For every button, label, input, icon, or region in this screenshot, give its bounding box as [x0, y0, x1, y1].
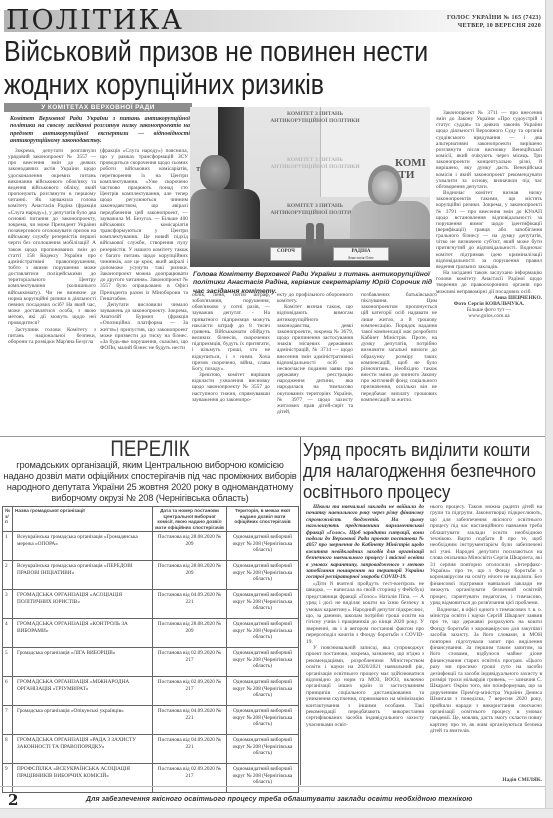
col-header-decision: Дата та номер постанови Центральної вибо… [153, 507, 227, 532]
article-column-4: екту до профільного оборонного комітету.… [277, 292, 353, 436]
article-lead: Комітет Верховної Ради України з питань … [10, 116, 190, 146]
table-row: 2 Всеукраїнська громадська організація «… [3, 561, 299, 590]
page-edge-bottom [0, 808, 553, 818]
section-divider [0, 436, 545, 437]
article2-author-wrap: Надія СМІЛЯК. [430, 777, 542, 785]
table-header-row: № з/п Назва громадської організації Дата… [3, 507, 299, 532]
masthead: ГОЛОС УКРАЇНИ № 165 (7423) ЧЕТВЕР, 10 ВЕ… [447, 14, 541, 30]
article2-headline: Уряд просять виділити кошти для налагодж… [303, 439, 528, 502]
footer-tagline: Для забезпечення якісного освітнього про… [86, 796, 472, 803]
col-header-number: № з/п [3, 507, 13, 532]
article-headline: Військовий призов не повинен нести жодни… [4, 36, 468, 102]
table-row: 9 ПРОФСПІЛКА «ВСЕУКРАЇНСЬКА АСОЦІАЦІЯ ПР… [3, 764, 299, 793]
nameplate-right: РАДІНА Анастасія Олег. [333, 247, 389, 261]
col-header-territory: Територія, в межах якої надано дозвіл ма… [227, 507, 299, 532]
table-row: 5 Громадська організація «ЛІГА ВИБОРЦІВ»… [3, 648, 299, 677]
page-number: 2 [8, 791, 18, 809]
table-row: 4 ГРОМАДСЬКА ОРГАНІЗАЦІЯ «КОНТРОЛЬ ЗА ВИ… [3, 619, 299, 648]
list-subtitle: громадських організацій, яким Центрально… [2, 460, 298, 504]
article-column-6: Законопроект № 3711 — про внесення змін … [436, 110, 542, 432]
col-header-organization: Назва громадської організації [13, 507, 153, 532]
table-row: 3 ГРОМАДСЬКА ОРГАНІЗАЦІЯ «АСОЦІАЦІЯ ПОЛІ… [3, 590, 299, 619]
article-column-5: позбавлених батьківського піклування. Ци… [361, 292, 437, 436]
more-photos-link[interactable]: www.golos.com.ua [436, 313, 542, 319]
kicker-label: У КОМІТЕТАХ ВЕРХОВНОЇ РАДИ [4, 103, 192, 112]
article-column-1: Зокрема, депутати розглянули урядовий за… [8, 148, 96, 436]
section-rubric: ПОЛІТИКА [6, 7, 184, 35]
list-title: ПЕРЕЛІК [23, 438, 278, 460]
article2-column-1: Школи та навчальні заклади не ввійшли до… [306, 504, 424, 786]
observer-organizations-table: № з/п Назва громадської організації Дата… [2, 506, 299, 793]
article2-column-2: нього процесу. Також можна радити дітей … [430, 504, 542, 786]
article2-author: Надія СМІЛЯК. [430, 777, 542, 783]
masthead-date: ЧЕТВЕР, 10 ВЕРЕСНЯ 2020 [447, 22, 541, 30]
page-edge-right [545, 0, 553, 818]
table-row: 6 ГРОМАДСЬКА ОРГАНІЗАЦІЯ «МІЖНАРОДНА ОРГ… [3, 677, 299, 706]
footer-divider [0, 786, 545, 787]
newspaper-page: ПОЛІТИКА ГОЛОС УКРАЇНИ № 165 (7423) ЧЕТВ… [0, 0, 553, 818]
nameplate-left: СОРОЧ [270, 247, 302, 261]
photo-committee-meeting: КОМІТЕТ З ПИТАНЬ АНТИКОРУПЦІЙНОЇ ПОЛІТИК… [190, 107, 430, 267]
table-row: 7 Громадська організація «Опікунські укр… [3, 706, 299, 735]
column-divider [300, 437, 301, 785]
article-column-2: (фракція «Слуга народу») пояснила, що у … [100, 148, 188, 436]
table-row: 1 Всеукраїнська громадська організація «… [3, 532, 299, 561]
article-column-3: облік, пеня, потім штраф, зобов'язання, … [192, 292, 270, 436]
masthead-issue: ГОЛОС УКРАЇНИ № 165 (7423) [447, 14, 541, 22]
table-row: 8 ГРОМАДСЬКА ОРГАНІЗАЦІЯ «РАДА З ЗАХИСТУ… [3, 735, 299, 764]
